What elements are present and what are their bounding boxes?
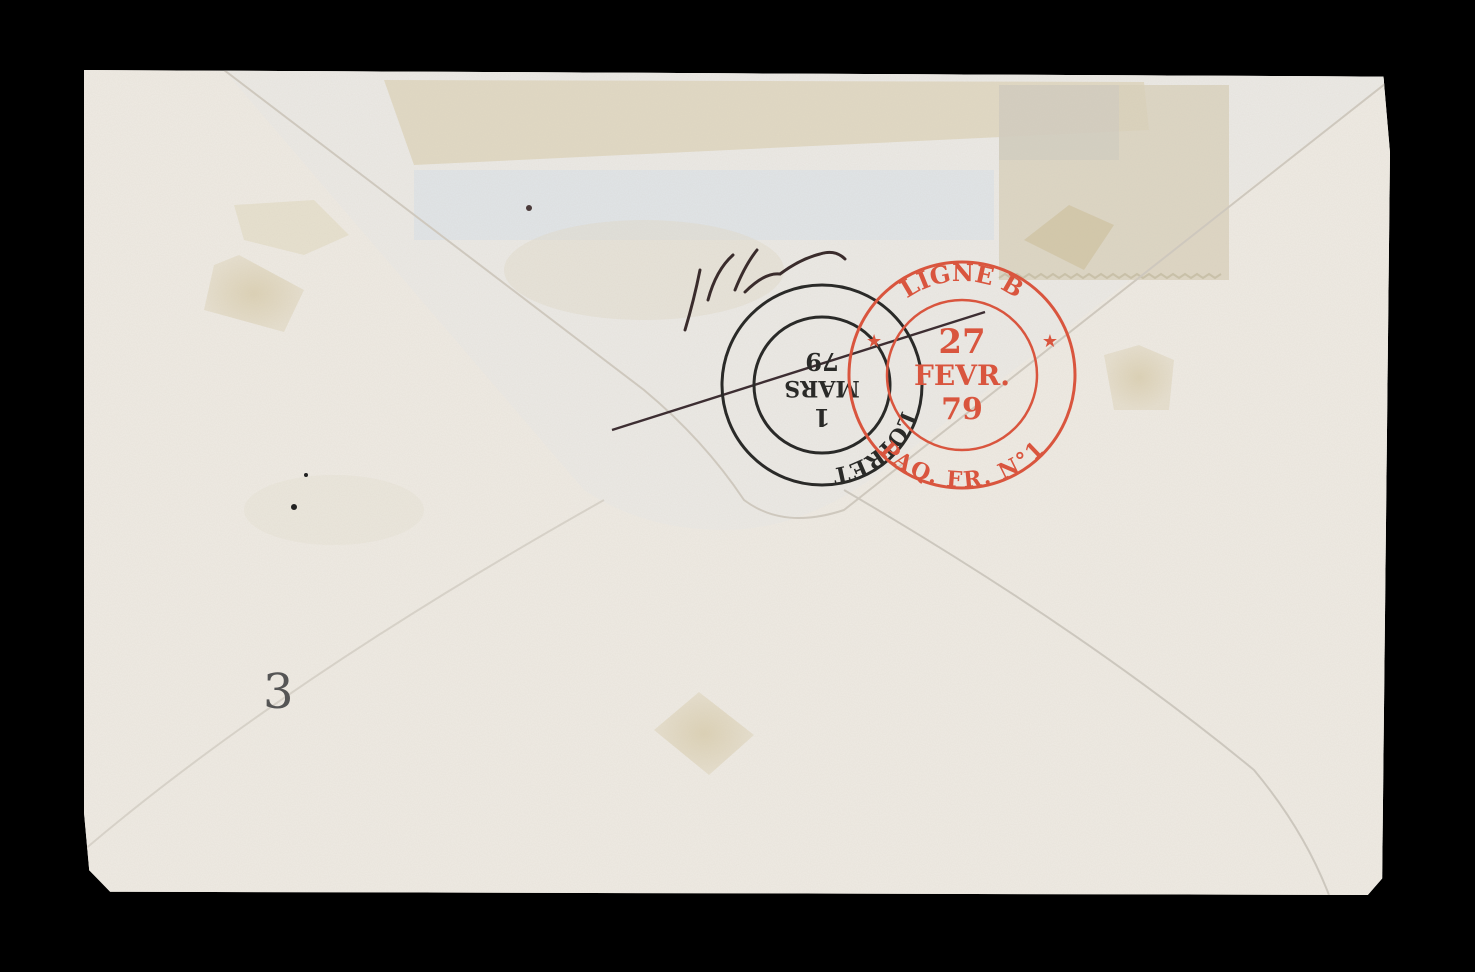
svg-text:★: ★: [866, 331, 882, 352]
pencil-numeral: 3: [263, 664, 294, 720]
photo-background: Mai LOIRET 1 MARS 79: [0, 0, 1475, 972]
svg-text:★: ★: [1042, 331, 1058, 352]
svg-text:1: 1: [814, 403, 831, 432]
red-postmark-ligne-b: LIGNE B PAQ. FR. N°1 ★ ★ 27 FEVR. 79: [849, 258, 1075, 493]
svg-text:FEVR.: FEVR.: [914, 359, 1010, 392]
postmarks-layer: Mai LOIRET 1 MARS 79: [0, 0, 1475, 972]
svg-text:LIGNE B: LIGNE B: [895, 258, 1029, 304]
svg-text:79: 79: [941, 392, 983, 427]
handwritten-signature: Mai: [612, 250, 985, 430]
svg-text:79: 79: [805, 347, 838, 376]
svg-text:PAQ. FR. N°1: PAQ. FR. N°1: [875, 436, 1049, 493]
svg-text:27: 27: [938, 322, 985, 362]
